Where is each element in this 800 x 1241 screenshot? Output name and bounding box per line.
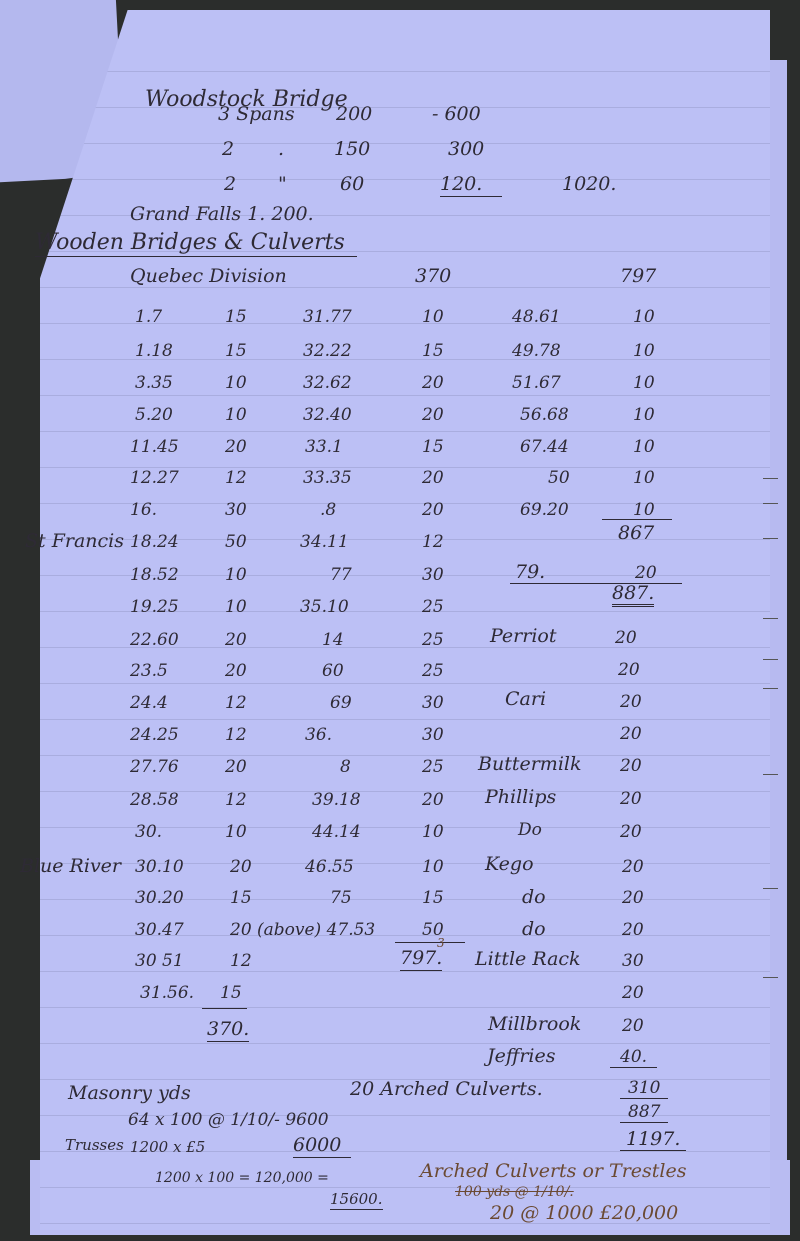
mile: 27.76	[130, 757, 179, 777]
mile: 69.20	[520, 500, 569, 520]
span: 12	[230, 951, 252, 971]
mile: 19.25	[130, 597, 179, 617]
mile: 30.47	[135, 920, 184, 940]
culvert-span: 30	[622, 951, 644, 971]
span: 20	[225, 437, 247, 457]
mile: 77	[330, 565, 352, 585]
culvert-name: Jeffries	[487, 1045, 555, 1067]
span: 15	[225, 341, 247, 361]
span: 10	[633, 500, 655, 520]
summary-310: 310	[620, 1078, 668, 1099]
mile: 11.45	[130, 437, 179, 457]
span: 12	[225, 693, 247, 713]
span: 25	[422, 661, 444, 681]
culvert-span: 40.	[610, 1047, 657, 1068]
span: 12	[225, 725, 247, 745]
mile: 75	[330, 888, 352, 908]
span: 10	[225, 405, 247, 425]
sum-rule	[202, 1008, 247, 1009]
sum-rule	[602, 519, 672, 520]
woodstock-row-total: - 600	[432, 103, 481, 125]
span: 30	[225, 500, 247, 520]
arched-note-title: Arched Culverts or Trestles	[420, 1160, 686, 1182]
span: 15	[225, 307, 247, 327]
mile: 33.35	[303, 468, 352, 488]
culvert-span: 20	[622, 857, 644, 877]
section-heading: Wooden Bridges & Culverts	[35, 230, 357, 257]
span: 10	[225, 373, 247, 393]
mile: 32.22	[303, 341, 352, 361]
span: 20	[422, 373, 444, 393]
culvert-name: Little Rack	[475, 948, 581, 970]
right-subtotal: 867	[618, 522, 654, 544]
culvert-span: 20	[618, 660, 640, 680]
total-calc: 1200 x 100 = 120,000 =	[155, 1170, 329, 1186]
mile: 60	[322, 661, 344, 681]
mile: 3.35	[135, 373, 173, 393]
span: 10	[225, 597, 247, 617]
span: 10	[422, 307, 444, 327]
woodstock-grand-total: 1020.	[562, 173, 616, 195]
ledger-page	[40, 10, 770, 1230]
span: 25	[422, 597, 444, 617]
place-label: Blue River	[20, 855, 121, 877]
woodstock-row-length: 150	[334, 138, 370, 160]
span: 20	[230, 920, 252, 940]
margin-tick	[763, 538, 778, 539]
span: 20	[225, 630, 247, 650]
culvert-span: 20	[622, 983, 644, 1003]
culvert-span: 20	[615, 628, 637, 648]
span: 10	[633, 341, 655, 361]
span: 50	[225, 532, 247, 552]
trusses-label: Trusses	[65, 1136, 124, 1154]
span: 20	[225, 757, 247, 777]
mile: 23.5	[130, 661, 168, 681]
sum-rule	[395, 942, 465, 943]
margin-tick	[763, 977, 778, 978]
culvert-name: do	[522, 886, 546, 908]
mile: 33.1	[305, 437, 343, 457]
mile: 18.52	[130, 565, 179, 585]
woodstock-row-count: 2	[222, 138, 234, 160]
span: 10	[225, 565, 247, 585]
span: 10	[633, 468, 655, 488]
culvert-span: 20	[620, 822, 642, 842]
span: 12	[422, 532, 444, 552]
span: 20	[422, 790, 444, 810]
margin-tick	[763, 659, 778, 660]
span: 10	[633, 405, 655, 425]
span: 10	[422, 822, 444, 842]
mile: .8	[320, 500, 336, 520]
mile: 30.20	[135, 888, 184, 908]
culvert-span: 20	[620, 789, 642, 809]
mile: 69	[330, 693, 352, 713]
mile: 51.67	[512, 373, 561, 393]
culvert-span: 20	[622, 888, 644, 908]
culvert-name: Perriot	[490, 625, 557, 647]
total-value: 15600.	[330, 1190, 383, 1210]
margin-tick	[763, 503, 778, 504]
span: 25	[422, 630, 444, 650]
right-column-total: 887.	[612, 582, 654, 607]
right-extra-span: 20	[635, 563, 657, 583]
mile: 32.62	[303, 373, 352, 393]
span: 20	[225, 661, 247, 681]
span: 15	[220, 983, 242, 1003]
culvert-name: do	[522, 918, 546, 940]
culvert-name: Phillips	[485, 786, 556, 808]
woodstock-row-count: 3 Spans	[218, 103, 295, 125]
mile: 34.11	[300, 532, 349, 552]
arched-note-struck: 100 yds @ 1/10/.	[455, 1184, 574, 1200]
margin-tick	[763, 688, 778, 689]
span: 10	[633, 373, 655, 393]
mile: 8	[340, 757, 351, 777]
span: 15	[422, 437, 444, 457]
span: 25	[422, 757, 444, 777]
span: 30	[422, 725, 444, 745]
mile: 32.40	[303, 405, 352, 425]
mile: 35.10	[300, 597, 349, 617]
mile: 28.58	[130, 790, 179, 810]
span: 10	[633, 437, 655, 457]
mile: 48.61	[512, 307, 561, 327]
woodstock-row-count: 2	[224, 173, 236, 195]
span: 10	[225, 822, 247, 842]
culvert-name: Cari	[505, 688, 546, 710]
span: 15	[230, 888, 252, 908]
woodstock-row-total: 300	[448, 138, 484, 160]
woodstock-row-total: 120.	[440, 173, 502, 197]
culvert-name: Do	[518, 820, 542, 840]
mile: 14	[322, 630, 344, 650]
span: 15	[422, 888, 444, 908]
mile: 12.27	[130, 468, 179, 488]
culvert-span: 20	[620, 692, 642, 712]
culvert-span: 20	[620, 724, 642, 744]
mile: 5.20	[135, 405, 173, 425]
mile: 67.44	[520, 437, 569, 457]
span: 10	[422, 857, 444, 877]
sum-rule	[510, 583, 682, 584]
culvert-name: Kego	[485, 853, 534, 875]
mile: 30.10	[135, 857, 184, 877]
mile: 56.68	[520, 405, 569, 425]
mile: 22.60	[130, 630, 179, 650]
culvert-name: Millbrook	[488, 1013, 581, 1035]
mile: 44.14	[312, 822, 361, 842]
woodstock-row-length: 60	[340, 173, 364, 195]
trusses-value: 6000	[293, 1134, 351, 1158]
culvert-span: 20	[620, 756, 642, 776]
summary-887: 887	[620, 1102, 668, 1123]
span: 30	[422, 565, 444, 585]
place-label: St Francis	[25, 530, 124, 552]
margin-tick	[763, 774, 778, 775]
mile: 18.24	[130, 532, 179, 552]
span: 20	[422, 468, 444, 488]
mile: 1.18	[135, 341, 173, 361]
arched-culverts-label: 20 Arched Culverts.	[350, 1078, 543, 1100]
mile: 39.18	[312, 790, 361, 810]
span: 15	[422, 341, 444, 361]
mid-column-total-header: 370	[415, 265, 451, 287]
middle-column-total: 797.	[400, 947, 442, 971]
mile: 16.	[130, 500, 157, 520]
span: 20	[230, 857, 252, 877]
right-extra-label: 79.	[515, 561, 545, 583]
span: 10	[633, 307, 655, 327]
span: 30	[422, 693, 444, 713]
mile: 36.	[305, 725, 332, 745]
summary-total: 1197.	[620, 1128, 686, 1151]
mile: 24.25	[130, 725, 179, 745]
culvert-name: Buttermilk	[478, 753, 581, 775]
left-column-total: 370.	[207, 1018, 249, 1042]
margin-tick	[763, 478, 778, 479]
mile: 24.4	[130, 693, 168, 713]
mile: 30 51	[135, 951, 184, 971]
mile: 1.7	[135, 307, 162, 327]
mile: 50	[548, 468, 570, 488]
span: 20	[422, 500, 444, 520]
right-column-total-header: 797	[620, 265, 656, 287]
margin-tick	[763, 888, 778, 889]
trusses-calc: 1200 x £5	[130, 1138, 205, 1156]
masonry-label: Masonry yds	[68, 1082, 191, 1104]
mile: 30.	[135, 822, 162, 842]
woodstock-row-length: 200	[336, 103, 372, 125]
mile: (above) 47.53	[257, 920, 375, 940]
woodstock-row-sep: .	[278, 138, 284, 160]
arched-note-line: 20 @ 1000 £20,000	[490, 1202, 678, 1224]
mile: 31.56.	[140, 983, 194, 1003]
mile: 31.77	[303, 307, 352, 327]
span: 20	[422, 405, 444, 425]
division-label: Quebec Division	[130, 265, 287, 287]
culvert-span: 20	[622, 920, 644, 940]
masonry-calc: 64 x 100 @ 1/10/- 9600	[128, 1110, 329, 1130]
grand-falls-line: Grand Falls 1. 200.	[130, 203, 314, 225]
margin-tick	[763, 618, 778, 619]
span: 12	[225, 790, 247, 810]
mile: 49.78	[512, 341, 561, 361]
woodstock-row-sep: "	[278, 173, 287, 195]
mile: 46.55	[305, 857, 354, 877]
span: 12	[225, 468, 247, 488]
culvert-span: 20	[622, 1016, 644, 1036]
